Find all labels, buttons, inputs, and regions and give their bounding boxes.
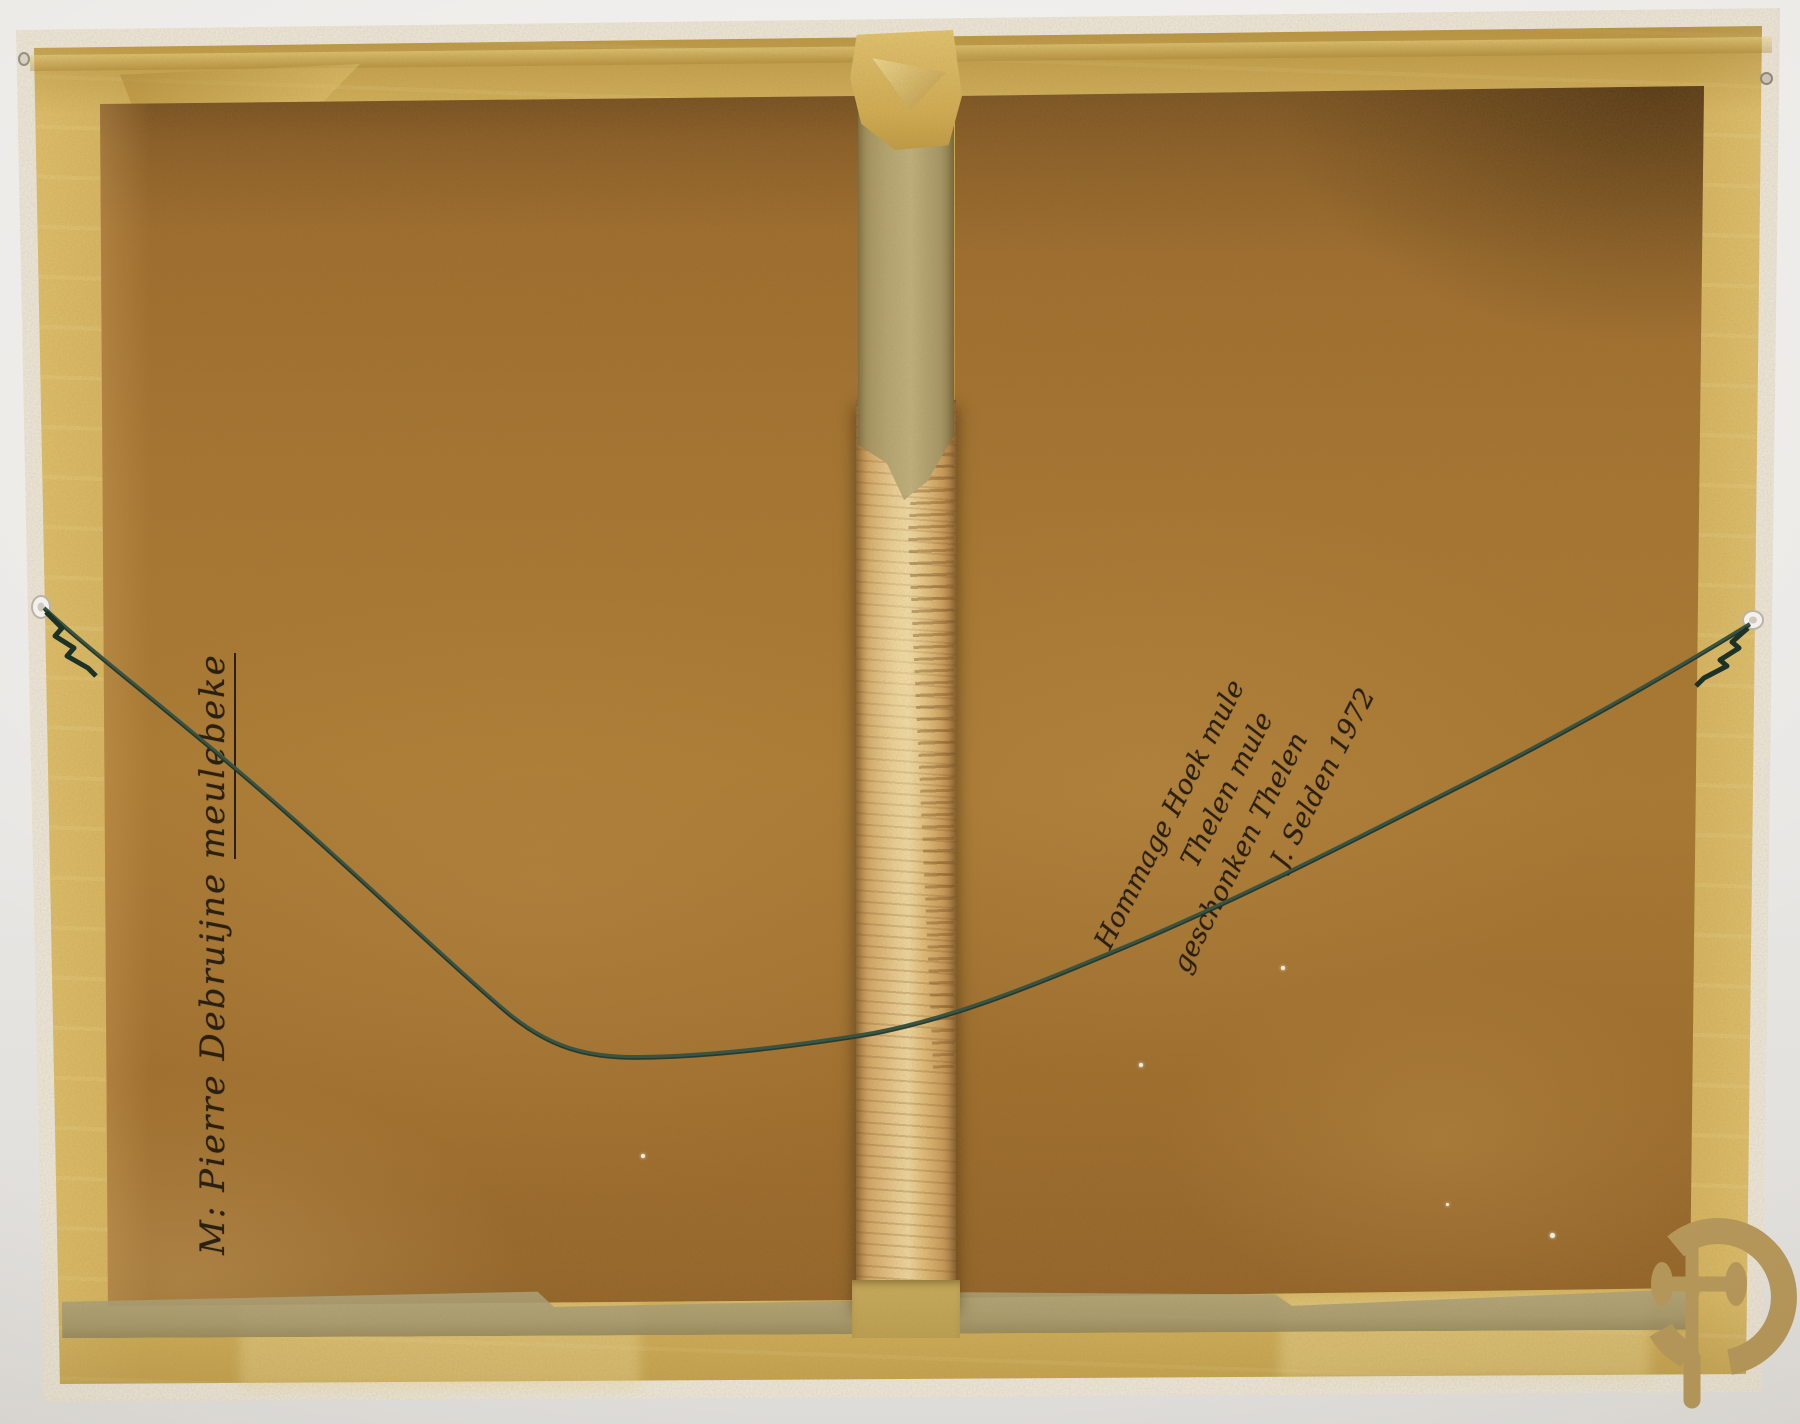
picture-frame-back: M: Pierre Debruijne meulebeke Hommage Ho… <box>0 0 1800 1424</box>
center-bar-bottom-tape <box>852 1280 960 1338</box>
gavel-head-left-bulb <box>1651 1262 1673 1306</box>
gavel-head-right-bulb <box>1725 1262 1747 1306</box>
nail-pin <box>18 52 30 66</box>
paint-speck <box>641 1154 645 1158</box>
inscription-owner-name: M: Pierre Debruijne meulebeke <box>193 615 237 1255</box>
gavel-handle-knob <box>1683 1223 1701 1241</box>
paint-speck <box>1139 1063 1143 1067</box>
paint-speck <box>1446 1203 1449 1206</box>
inscription-owner-text: M: Pierre Debruijne <box>193 859 233 1255</box>
photo-framed-artwork-verso: M: Pierre Debruijne meulebeke Hommage Ho… <box>0 0 1800 1424</box>
paint-speck <box>1281 966 1285 970</box>
inscription-owner-underlined: meulebeke <box>193 653 236 859</box>
paint-speck <box>1550 1233 1555 1238</box>
logo-small-arc <box>1661 1330 1687 1355</box>
auction-gavel-monogram-icon <box>1636 1200 1800 1424</box>
nail-pin <box>1760 72 1773 85</box>
